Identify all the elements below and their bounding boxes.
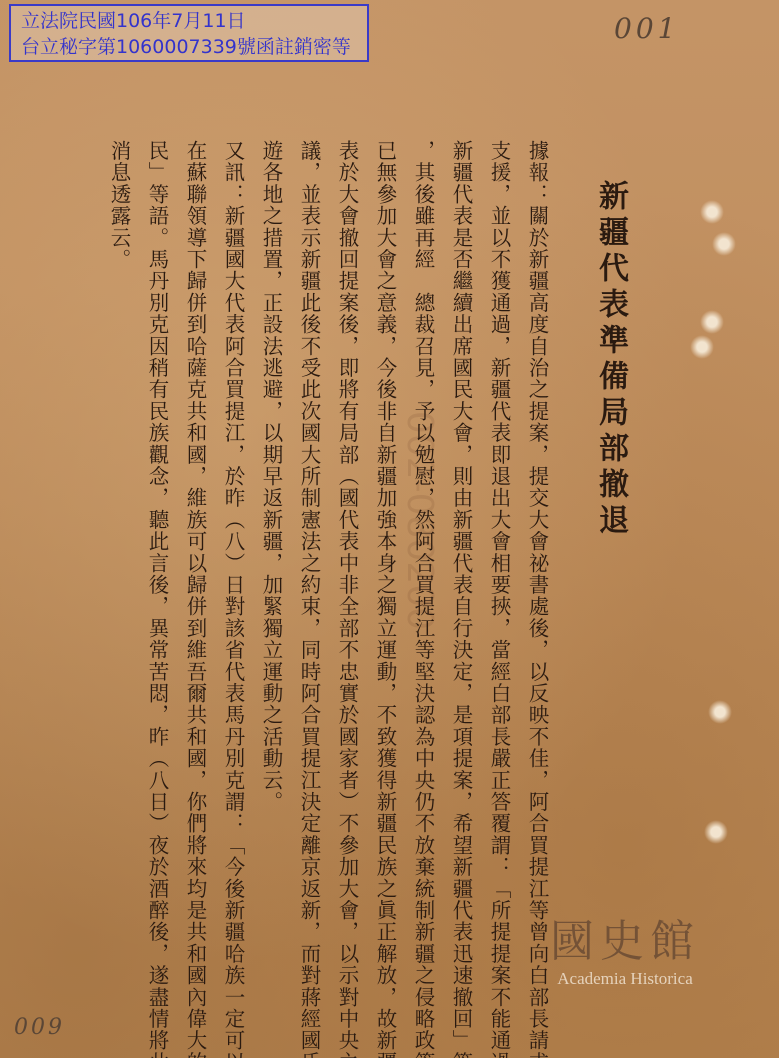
document-body: 新疆代表準備局部撤退 據報：關於新疆高度自治之提案，提交大會祕書處後，以反映不佳… <box>100 140 640 980</box>
text-column: 支援，並以不獲通過，新疆代表即退出大會相要挾，當經白部長嚴正答覆謂：「所提提案不… <box>480 140 518 980</box>
text-column: 已無參加大會之意義，今後非自新疆加強本身之獨立運動，不致獲得新疆民族之眞正解放，… <box>366 140 404 980</box>
folio-number-top: 001 <box>614 12 679 45</box>
binding-hole-icon <box>690 335 714 359</box>
text-column: 新疆代表是否繼續出席國民大會，則由新疆代表自行決定，是項提案，希望新疆代表迅速撤… <box>442 140 480 980</box>
watermark-chinese: 國史館 <box>505 905 745 969</box>
binding-hole-icon <box>712 232 736 256</box>
text-column: 遊各地之措置，正設法逃避，以期早返新疆，加緊獨立運動之活動云。 <box>252 140 290 980</box>
stamp-line-2: 台立秘字第1060007339號函註銷密等 <box>21 34 357 60</box>
binding-hole-icon <box>704 820 728 844</box>
text-column: ，其後雖再經 總裁召見，予以勉慰，然阿合買提江等堅決認為中央仍不放棄統制新疆之侵… <box>404 140 442 980</box>
text-column: 據報：關於新疆高度自治之提案，提交大會祕書處後，以反映不佳，阿合買提江等曾向白部… <box>518 140 556 980</box>
document-page: 立法院民國106年7月11日 台立秘字第1060007339號函註銷密等 001… <box>0 0 779 1058</box>
document-title: 新疆代表準備局部撤退 <box>580 140 640 980</box>
text-column: 民」等語。馬丹別克因稍有民族觀念，聽此言後，異常苦悶，昨（八日）夜於酒醉後，遂盡… <box>138 140 176 980</box>
declassification-stamp: 立法院民國106年7月11日 台立秘字第1060007339號函註銷密等 <box>9 4 369 62</box>
watermark-english: Academia Historica <box>505 969 745 989</box>
binding-hole-icon <box>708 700 732 724</box>
text-column: 議，並表示新疆此後不受此次國大所制憲法之約束，同時阿合買提江決定離京返新，而對蔣… <box>290 140 328 980</box>
folio-number-bottom: 009 <box>14 1015 65 1040</box>
binding-hole-icon <box>700 310 724 334</box>
binding-hole-icon <box>700 200 724 224</box>
text-column: 表於大會撤回提案後，即將有局部（國代表中非全部不忠實於國家者）不參加大會，以示對… <box>328 140 366 980</box>
stamp-line-1: 立法院民國106年7月11日 <box>21 8 357 34</box>
text-column: 在蘇聯領導下歸併到哈薩克共和國，維族可以歸併到維吾爾共和國，你們將來均是共和國內… <box>176 140 214 980</box>
text-column: 又訊：新疆國大代表阿合買提江，於昨（八）日對該省代表馬丹別克謂：「今後新疆哈族一… <box>214 140 252 980</box>
academia-historica-watermark: 國史館 Academia Historica <box>505 905 745 1005</box>
text-column: 消息透露云。 <box>100 140 138 980</box>
